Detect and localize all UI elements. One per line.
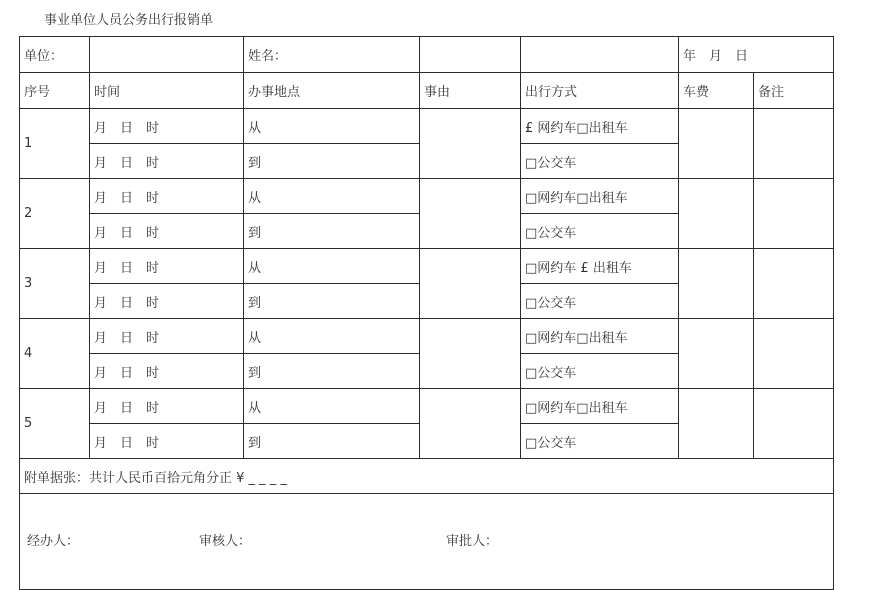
trip-row-4a: 4 月 日 时 从 □网约车□出租车 xyxy=(20,319,834,354)
header-note: 备注 xyxy=(754,73,834,109)
header-seq: 序号 xyxy=(20,73,90,109)
mode-cell: □网约车 £ 出租车 xyxy=(521,249,679,284)
info-row: 单位： 姓名： 年 月 日 xyxy=(20,37,834,73)
trip-row-3a: 3 月 日 时 从 □网约车 £ 出租车 xyxy=(20,249,834,284)
mode-cell: □公交车 xyxy=(521,354,679,389)
seq-cell: 5 xyxy=(20,389,90,459)
fare-cell xyxy=(679,249,754,319)
attachment-row: 附单据张：共计人民币百拾元角分正 ¥ _ _ _ _ xyxy=(20,459,834,494)
seq-cell: 1 xyxy=(20,109,90,179)
document-page: 事业单位人员公务出行报销单 单位： 姓名： 年 月 日 序号 时间 办事地点 事… xyxy=(0,0,887,554)
header-fare: 车费 xyxy=(679,73,754,109)
time-cell: 月 日 时 xyxy=(90,319,244,354)
mode-cell: □网约车□出租车 xyxy=(521,319,679,354)
reason-cell xyxy=(420,179,521,249)
time-cell: 月 日 时 xyxy=(90,109,244,144)
form-title: 事业单位人员公务出行报销单 xyxy=(44,9,213,28)
approver-label: 审批人： xyxy=(446,524,498,559)
mode-cell: □公交车 xyxy=(521,144,679,179)
date-label-cell: 年 月 日 xyxy=(679,37,834,73)
time-cell: 月 日 时 xyxy=(90,424,244,459)
reimbursement-form-table: 单位： 姓名： 年 月 日 序号 时间 办事地点 事由 出行方式 车费 备注 1… xyxy=(19,36,834,590)
header-reason: 事由 xyxy=(420,73,521,109)
reason-cell xyxy=(420,109,521,179)
place-from-cell: 从 xyxy=(244,249,420,284)
unit-label-cell: 单位： xyxy=(20,37,90,73)
note-cell xyxy=(754,109,834,179)
fare-cell xyxy=(679,319,754,389)
trip-row-5a: 5 月 日 时 从 □网约车□出租车 xyxy=(20,389,834,424)
place-from-cell: 从 xyxy=(244,319,420,354)
place-from-cell: 从 xyxy=(244,389,420,424)
place-to-cell: 到 xyxy=(244,284,420,319)
info-blank-cell-1 xyxy=(420,37,521,73)
note-cell xyxy=(754,249,834,319)
mode-cell: □公交车 xyxy=(521,214,679,249)
fare-cell xyxy=(679,109,754,179)
handler-label: 经办人： xyxy=(27,524,79,559)
time-cell: 月 日 时 xyxy=(90,179,244,214)
header-row: 序号 时间 办事地点 事由 出行方式 车费 备注 xyxy=(20,73,834,109)
trip-row-1a: 1 月 日 时 从 £ 网约车□出租车 xyxy=(20,109,834,144)
trip-row-2a: 2 月 日 时 从 □网约车□出租车 xyxy=(20,179,834,214)
place-to-cell: 到 xyxy=(244,354,420,389)
place-to-cell: 到 xyxy=(244,424,420,459)
note-cell xyxy=(754,319,834,389)
reason-cell xyxy=(420,389,521,459)
mode-cell: □网约车□出租车 xyxy=(521,389,679,424)
signers-row: 经办人： 审核人： 审批人： xyxy=(20,494,834,590)
time-cell: 月 日 时 xyxy=(90,354,244,389)
reviewer-label: 审核人： xyxy=(199,524,251,559)
reason-cell xyxy=(420,319,521,389)
mode-cell: £ 网约车□出租车 xyxy=(521,109,679,144)
header-mode: 出行方式 xyxy=(521,73,679,109)
signers-wrap: 经办人： 审核人： 审批人： xyxy=(24,524,831,559)
name-label-cell: 姓名： xyxy=(244,37,420,73)
seq-cell: 4 xyxy=(20,319,90,389)
note-cell xyxy=(754,389,834,459)
place-from-cell: 从 xyxy=(244,179,420,214)
header-place: 办事地点 xyxy=(244,73,420,109)
time-cell: 月 日 时 xyxy=(90,144,244,179)
time-cell: 月 日 时 xyxy=(90,284,244,319)
place-to-cell: 到 xyxy=(244,144,420,179)
signers-cell: 经办人： 审核人： 审批人： xyxy=(20,494,834,590)
time-cell: 月 日 时 xyxy=(90,249,244,284)
mode-cell: □网约车□出租车 xyxy=(521,179,679,214)
header-time: 时间 xyxy=(90,73,244,109)
place-to-cell: 到 xyxy=(244,214,420,249)
reason-cell xyxy=(420,249,521,319)
mode-cell: □公交车 xyxy=(521,424,679,459)
info-blank-cell-2 xyxy=(521,37,679,73)
place-from-cell: 从 xyxy=(244,109,420,144)
unit-value-cell xyxy=(90,37,244,73)
seq-cell: 3 xyxy=(20,249,90,319)
time-cell: 月 日 时 xyxy=(90,389,244,424)
fare-cell xyxy=(679,179,754,249)
fare-cell xyxy=(679,389,754,459)
time-cell: 月 日 时 xyxy=(90,214,244,249)
mode-cell: □公交车 xyxy=(521,284,679,319)
seq-cell: 2 xyxy=(20,179,90,249)
note-cell xyxy=(754,179,834,249)
attachment-total-cell: 附单据张：共计人民币百拾元角分正 ¥ _ _ _ _ xyxy=(20,459,834,494)
